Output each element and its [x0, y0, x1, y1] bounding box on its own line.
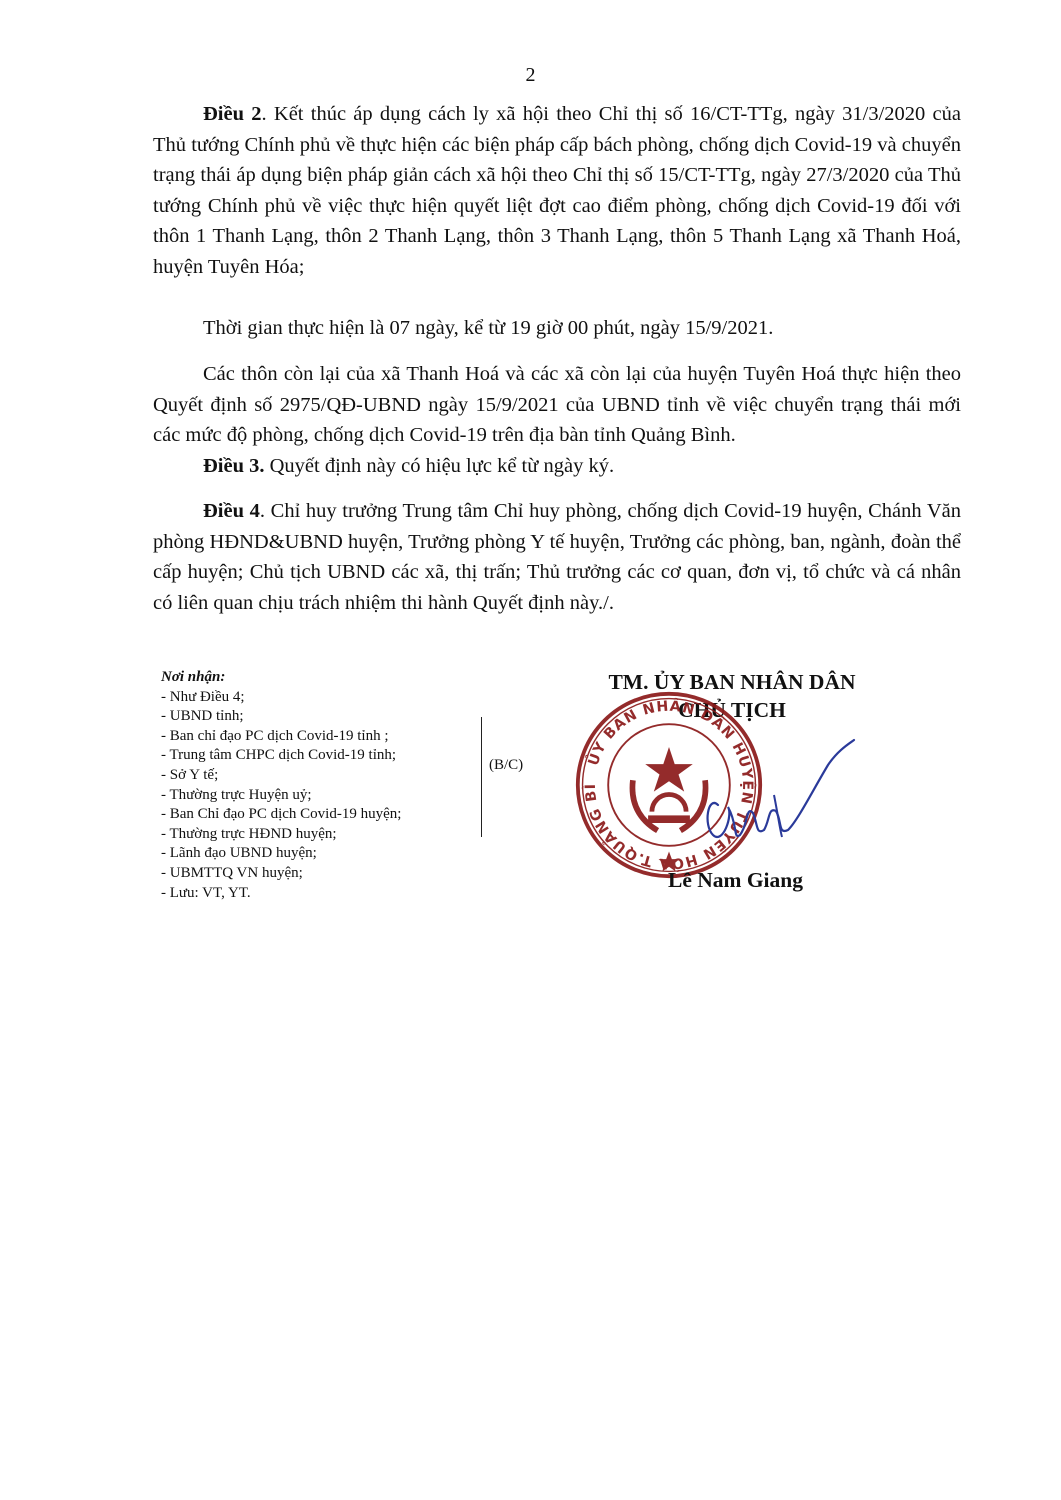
page-number: 2	[0, 64, 1061, 87]
recipient-item: - Ban Chỉ đạo PC dịch Covid-19 huyện;	[161, 805, 401, 825]
recipient-item: - Thường trực HĐND huyện;	[161, 825, 401, 845]
recipient-item: - Lưu: VT, YT.	[161, 884, 401, 904]
remaining-note: Các thôn còn lại của xã Thanh Hoá và các…	[153, 359, 961, 451]
recipient-item: - UBMTTQ VN huyện;	[161, 864, 401, 884]
article-4-label: Điều 4	[203, 500, 260, 522]
recipient-item: - Ban chỉ đạo PC dịch Covid-19 tỉnh ;	[161, 727, 401, 747]
recipient-item: - Thường trực Huyện uỷ;	[161, 786, 401, 806]
recipient-item: - Trung tâm CHPC dịch Covid-19 tỉnh;	[161, 746, 401, 766]
article-2-label: Điều 2	[203, 103, 262, 125]
recipient-item: - UBND tỉnh;	[161, 707, 401, 727]
recipient-item: - Như Điều 4;	[161, 688, 401, 708]
remaining-note-text: Các thôn còn lại của xã Thanh Hoá và các…	[153, 359, 961, 451]
article-2: Điều 2. Kết thúc áp dụng cách ly xã hội …	[153, 99, 961, 282]
bc-label: (B/C)	[489, 757, 523, 774]
recipient-item: - Sở Y tế;	[161, 766, 401, 786]
article-4-text: . Chỉ huy trưởng Trung tâm Chỉ huy phòng…	[153, 500, 961, 614]
recipients-bracket-divider	[481, 717, 482, 837]
article-3: Điều 3. Quyết định này có hiệu lực kể từ…	[153, 451, 961, 482]
article-3-label: Điều 3.	[203, 455, 265, 477]
time-note-text: Thời gian thực hiện là 07 ngày, kể từ 19…	[153, 313, 961, 344]
time-note: Thời gian thực hiện là 07 ngày, kể từ 19…	[153, 313, 961, 344]
recipient-item: - Lãnh đạo UBND huyện;	[161, 844, 401, 864]
article-4: Điều 4. Chỉ huy trưởng Trung tâm Chỉ huy…	[153, 496, 961, 618]
recipients-heading: Nơi nhận:	[161, 668, 401, 688]
article-2-text: . Kết thúc áp dụng cách ly xã hội theo C…	[153, 103, 961, 278]
article-3-text: Quyết định này có hiệu lực kể từ ngày ký…	[265, 455, 615, 477]
signer-name: Lê Nam Giang	[668, 868, 803, 893]
recipients-list: Nơi nhận: - Như Điều 4; - UBND tỉnh; - B…	[161, 668, 401, 903]
signature-scribble-icon	[678, 735, 858, 855]
